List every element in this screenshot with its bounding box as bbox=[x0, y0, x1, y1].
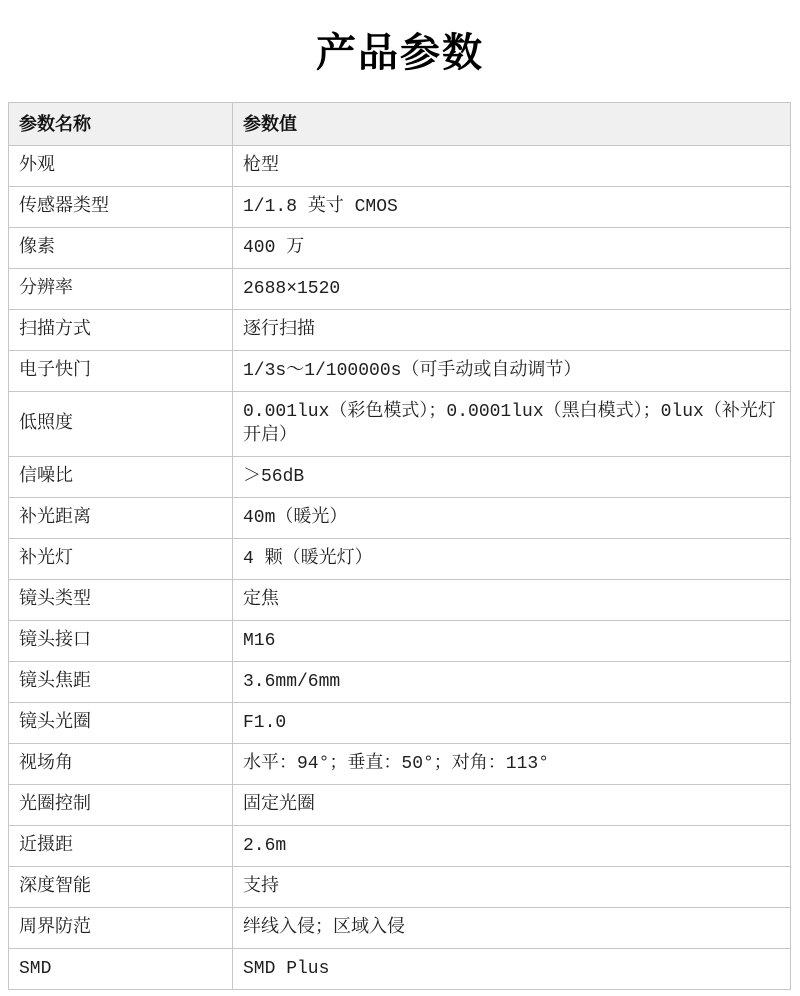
table-row: 周界防范绊线入侵；区域入侵 bbox=[9, 908, 791, 949]
table-row: 传感器类型1/1.8 英寸 CMOS bbox=[9, 187, 791, 228]
param-value-cell: F1.0 bbox=[233, 703, 791, 744]
param-value-cell: 绊线入侵；区域入侵 bbox=[233, 908, 791, 949]
param-name-cell: 镜头焦距 bbox=[9, 662, 233, 703]
table-row: 视场角水平：94°；垂直：50°；对角：113° bbox=[9, 744, 791, 785]
param-name-cell: SMD bbox=[9, 949, 233, 990]
header-param-name: 参数名称 bbox=[9, 103, 233, 146]
param-name-cell: 低照度 bbox=[9, 392, 233, 457]
param-value-cell: 0.001lux（彩色模式）；0.0001lux（黑白模式）；0lux（补光灯开… bbox=[233, 392, 791, 457]
param-value-cell: 4 颗（暖光灯） bbox=[233, 539, 791, 580]
param-value-cell: 1/3s～1/100000s（可手动或自动调节） bbox=[233, 351, 791, 392]
table-row: 低照度0.001lux（彩色模式）；0.0001lux（黑白模式）；0lux（补… bbox=[9, 392, 791, 457]
param-name-cell: 传感器类型 bbox=[9, 187, 233, 228]
param-value-cell: 固定光圈 bbox=[233, 785, 791, 826]
param-value-cell: 40m（暖光） bbox=[233, 498, 791, 539]
table-row: 镜头焦距3.6mm/6mm bbox=[9, 662, 791, 703]
param-name-cell: 补光距离 bbox=[9, 498, 233, 539]
table-row: 深度智能支持 bbox=[9, 867, 791, 908]
param-name-cell: 周界防范 bbox=[9, 908, 233, 949]
param-value-cell: 定焦 bbox=[233, 580, 791, 621]
table-row: 镜头光圈F1.0 bbox=[9, 703, 791, 744]
param-value-cell: M16 bbox=[233, 621, 791, 662]
param-value-cell: SMD Plus bbox=[233, 949, 791, 990]
param-name-cell: 信噪比 bbox=[9, 457, 233, 498]
table-row: 信噪比＞56dB bbox=[9, 457, 791, 498]
header-row: 参数名称 参数值 bbox=[9, 103, 791, 146]
param-name-cell: 电子快门 bbox=[9, 351, 233, 392]
param-value-cell: 逐行扫描 bbox=[233, 310, 791, 351]
param-name-cell: 补光灯 bbox=[9, 539, 233, 580]
table-row: 分辨率2688×1520 bbox=[9, 269, 791, 310]
param-name-cell: 镜头光圈 bbox=[9, 703, 233, 744]
table-row: 补光灯4 颗（暖光灯） bbox=[9, 539, 791, 580]
spec-table-head: 参数名称 参数值 bbox=[9, 103, 791, 146]
param-value-cell: 支持 bbox=[233, 867, 791, 908]
param-value-cell: 1/1.8 英寸 CMOS bbox=[233, 187, 791, 228]
table-row: SMDSMD Plus bbox=[9, 949, 791, 990]
table-row: 扫描方式逐行扫描 bbox=[9, 310, 791, 351]
param-name-cell: 光圈控制 bbox=[9, 785, 233, 826]
table-row: 镜头接口M16 bbox=[9, 621, 791, 662]
table-row: 电子快门1/3s～1/100000s（可手动或自动调节） bbox=[9, 351, 791, 392]
table-row: 像素400 万 bbox=[9, 228, 791, 269]
param-name-cell: 镜头接口 bbox=[9, 621, 233, 662]
table-row: 光圈控制固定光圈 bbox=[9, 785, 791, 826]
param-value-cell: 400 万 bbox=[233, 228, 791, 269]
spec-table-body: 外观枪型传感器类型1/1.8 英寸 CMOS像素400 万分辨率2688×152… bbox=[9, 146, 791, 990]
header-param-value: 参数值 bbox=[233, 103, 791, 146]
product-spec-page: 产品参数 参数名称 参数值 外观枪型传感器类型1/1.8 英寸 CMOS像素40… bbox=[0, 0, 800, 996]
param-value-cell: ＞56dB bbox=[233, 457, 791, 498]
table-row: 补光距离40m（暖光） bbox=[9, 498, 791, 539]
param-name-cell: 扫描方式 bbox=[9, 310, 233, 351]
page-title: 产品参数 bbox=[0, 0, 800, 102]
table-row: 镜头类型定焦 bbox=[9, 580, 791, 621]
param-value-cell: 3.6mm/6mm bbox=[233, 662, 791, 703]
param-name-cell: 视场角 bbox=[9, 744, 233, 785]
table-row: 近摄距2.6m bbox=[9, 826, 791, 867]
param-value-cell: 枪型 bbox=[233, 146, 791, 187]
param-name-cell: 像素 bbox=[9, 228, 233, 269]
spec-table: 参数名称 参数值 外观枪型传感器类型1/1.8 英寸 CMOS像素400 万分辨… bbox=[8, 102, 791, 990]
param-name-cell: 镜头类型 bbox=[9, 580, 233, 621]
param-name-cell: 深度智能 bbox=[9, 867, 233, 908]
table-row: 外观枪型 bbox=[9, 146, 791, 187]
param-value-cell: 2.6m bbox=[233, 826, 791, 867]
param-name-cell: 分辨率 bbox=[9, 269, 233, 310]
param-name-cell: 近摄距 bbox=[9, 826, 233, 867]
param-value-cell: 2688×1520 bbox=[233, 269, 791, 310]
param-value-cell: 水平：94°；垂直：50°；对角：113° bbox=[233, 744, 791, 785]
param-name-cell: 外观 bbox=[9, 146, 233, 187]
